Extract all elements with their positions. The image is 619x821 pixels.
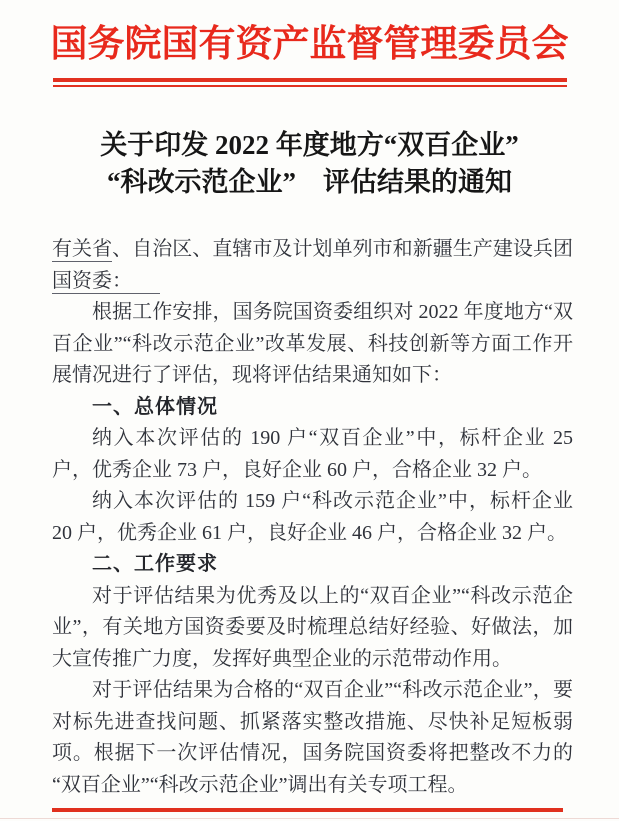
recipient-part-underlined: 国资 (52, 270, 92, 294)
scan-edge-line (0, 818, 619, 819)
doc-title-line1: 关于印发 2022 年度地方“双百企业” (0, 127, 619, 164)
recipient-part-underlined: 有关省 (52, 238, 112, 262)
section1-paragraph-1: 纳入本次评估的 190 户“双百企业”中，标杆企业 25 户，优秀企业 73 户… (52, 423, 573, 486)
section1-paragraph-2: 纳入本次评估的 159 户“科改示范企业”中，标杆企业 20 户，优秀企业 61… (52, 486, 573, 549)
letterhead-divider (53, 78, 567, 87)
section2-paragraph-2: 对于评估结果为合格的“双百企业”“科改示范企业”，要对标先进查找问题、抓紧落实整… (52, 675, 573, 801)
footer-divider (52, 808, 563, 812)
doc-body: 有关省、自治区、直辖市及计划单列市和新疆生产建设兵团国资委： 根据工作安排，国务… (52, 234, 573, 801)
document-page: 国务院国有资产监督管理委员会 关于印发 2022 年度地方“双百企业” “科改示… (0, 0, 619, 821)
recipient-line: 有关省、自治区、直辖市及计划单列市和新疆生产建设兵团国资委： (52, 234, 573, 297)
letterhead-title: 国务院国有资产监督管理委员会 (0, 21, 619, 69)
section2-heading: 二、工作要求 (52, 549, 573, 581)
doc-title: 关于印发 2022 年度地方“双百企业” “科改示范企业” 评估结果的通知 (0, 127, 619, 201)
section1-heading: 一、总体情况 (52, 392, 573, 424)
section2-paragraph-1: 对于评估结果为优秀及以上的“双百企业”“科改示范企业”，有关地方国资委要及时梳理… (52, 581, 573, 676)
paragraph-intro: 根据工作安排，国务院国资委组织对 2022 年度地方“双百企业”“科改示范企业”… (52, 297, 573, 392)
recipient-part-underlined: 委： (92, 270, 160, 294)
recipient-part-plain: 、自治区、直辖市及计划单列市和新疆生产建设兵团 (112, 238, 573, 260)
doc-title-line2: “科改示范企业” 评估结果的通知 (0, 164, 619, 201)
